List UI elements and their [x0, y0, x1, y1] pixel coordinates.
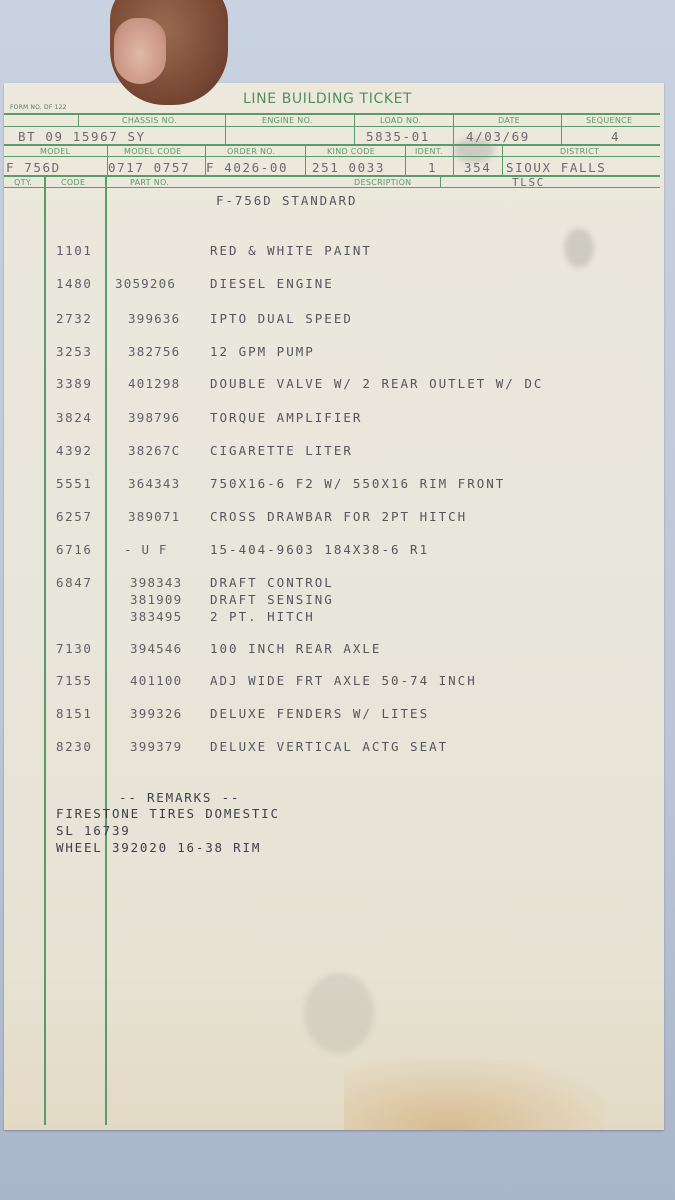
item-part-no: 381909 — [130, 592, 182, 607]
district-label: DISTRICT — [560, 147, 599, 156]
remarks-line: FIRESTONE TIRES DOMESTIC — [56, 806, 280, 821]
grid-line — [78, 113, 79, 126]
remarks-heading: -- REMARKS -- — [119, 790, 240, 805]
item-code: 1480 — [56, 276, 93, 291]
chassis-no-label: CHASSIS NO. — [122, 116, 177, 125]
order-no-value: F 4026-00 — [206, 160, 288, 175]
qty-header: QTY. — [14, 178, 32, 187]
item-part-no: - U F — [124, 542, 168, 557]
item-part-no: 399636 — [128, 311, 180, 326]
model-code-label: MODEL CODE — [124, 147, 182, 156]
line-building-ticket: FORM NO. DF 122 LINE BUILDING TICKET CHA… — [4, 83, 664, 1130]
part-no-header: PART NO. — [130, 178, 169, 187]
grid-line — [354, 113, 355, 144]
item-description: DRAFT CONTROL — [210, 575, 334, 590]
item-part-no: 398343 — [130, 575, 182, 590]
paper-stain — [344, 1060, 604, 1130]
item-description: DELUXE FENDERS W/ LITES — [210, 706, 429, 721]
item-code: 1101 — [56, 243, 93, 258]
smudge — [564, 228, 594, 268]
grid-line — [305, 144, 306, 175]
item-description: ADJ WIDE FRT AXLE 50-74 INCH — [210, 673, 477, 688]
item-description: RED & WHITE PAINT — [210, 243, 372, 258]
item-part-no: 38267C — [128, 443, 180, 458]
load-no-label: LOAD NO. — [380, 116, 421, 125]
item-description: IPTO DUAL SPEED — [210, 311, 353, 326]
date-value: 4/03/69 — [466, 129, 530, 144]
engine-no-label: ENGINE NO. — [262, 116, 313, 125]
chassis-no-value: BT 09 15967 SY — [18, 129, 146, 144]
item-code: 6716 — [56, 542, 93, 557]
item-code: 4392 — [56, 443, 93, 458]
item-description: 12 GPM PUMP — [210, 344, 315, 359]
ident-label: IDENT. — [415, 147, 443, 156]
item-code: 2732 — [56, 311, 93, 326]
item-description: 100 INCH REAR AXLE — [210, 641, 381, 656]
finger-holding-ticket — [110, 0, 228, 105]
smudge — [304, 973, 374, 1053]
description-header: DESCRIPTION — [354, 178, 411, 187]
item-code: 6847 — [56, 575, 93, 590]
grid-line — [453, 144, 454, 175]
code-header: CODE — [61, 178, 85, 187]
item-description: DOUBLE VALVE W/ 2 REAR OUTLET W/ DC — [210, 376, 543, 391]
item-part-no: 398796 — [128, 410, 180, 425]
load-no-value: 5835-01 — [366, 129, 430, 144]
item-description: TORQUE AMPLIFIER — [210, 410, 362, 425]
ident-value: 1 — [428, 160, 437, 175]
kind-code-value: 251 0033 — [312, 160, 385, 175]
item-part-no: 382756 — [128, 344, 180, 359]
model-label: MODEL — [40, 147, 70, 156]
form-title: LINE BUILDING TICKET — [243, 91, 412, 107]
district-code-value: 354 — [464, 160, 491, 175]
item-description: 15-404-9603 184X38-6 R1 — [210, 542, 429, 557]
grid-line — [440, 175, 441, 187]
grid-line — [502, 144, 503, 175]
remarks-line: SL 16739 — [56, 823, 131, 838]
item-part-no: 383495 — [130, 609, 182, 624]
order-no-label: ORDER NO. — [227, 147, 275, 156]
item-code: 3824 — [56, 410, 93, 425]
item-part-no: 364343 — [128, 476, 180, 491]
grid-line — [4, 187, 660, 188]
item-code: 7130 — [56, 641, 93, 656]
grid-line — [561, 113, 562, 144]
item-description: DELUXE VERTICAL ACTG SEAT — [210, 739, 448, 754]
item-part-no: 389071 — [128, 509, 180, 524]
grid-line — [4, 144, 660, 146]
fingernail — [114, 18, 166, 84]
item-code: 8151 — [56, 706, 93, 721]
item-part-no: 3059206 — [115, 276, 176, 291]
district-value: SIOUX FALLS — [506, 160, 606, 175]
kind-code-label: KIND CODE — [327, 147, 375, 156]
qty-column-line — [44, 175, 46, 1125]
grid-line — [453, 113, 454, 144]
item-description: 750X16-6 F2 W/ 550X16 RIM FRONT — [210, 476, 505, 491]
item-part-no: 401100 — [130, 673, 182, 688]
remarks-line: WHEEL 392020 16-38 RIM — [56, 840, 261, 855]
grid-line — [4, 175, 660, 177]
item-description: CIGARETTE LITER — [210, 443, 353, 458]
item-description: CROSS DRAWBAR FOR 2PT HITCH — [210, 509, 467, 524]
item-code: 6257 — [56, 509, 93, 524]
item-description: 2 PT. HITCH — [210, 609, 315, 624]
sequence-label: SEQUENCE — [586, 116, 632, 125]
sequence-value: 4 — [611, 129, 620, 144]
item-part-no: 401298 — [128, 376, 180, 391]
grid-line — [4, 156, 660, 157]
item-description: DRAFT SENSING — [210, 592, 334, 607]
model-value: F 756D — [6, 160, 61, 175]
date-label: DATE — [498, 116, 520, 125]
grid-line — [405, 144, 406, 175]
model-code-value: 0717 0757 — [108, 160, 190, 175]
item-code: 3253 — [56, 344, 93, 359]
code-column-line — [105, 175, 107, 1125]
grid-line — [225, 113, 226, 144]
item-code: 5551 — [56, 476, 93, 491]
form-number: FORM NO. DF 122 — [10, 104, 67, 111]
model-heading: F-756D STANDARD — [216, 193, 357, 208]
item-part-no: 399379 — [130, 739, 182, 754]
item-code: 7155 — [56, 673, 93, 688]
item-part-no: 399326 — [130, 706, 182, 721]
tlsc-value: TLSC — [512, 176, 545, 189]
item-code: 8230 — [56, 739, 93, 754]
item-part-no: 394546 — [130, 641, 182, 656]
item-description: DIESEL ENGINE — [210, 276, 334, 291]
item-code: 3389 — [56, 376, 93, 391]
